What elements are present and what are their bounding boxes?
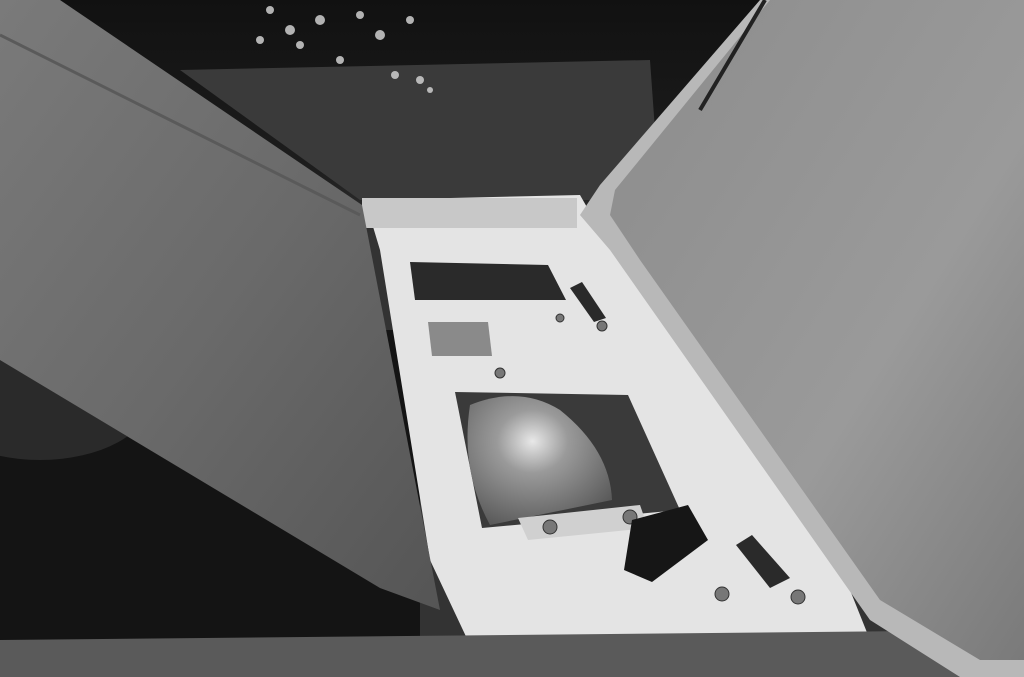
top-rail xyxy=(362,198,577,228)
photo xyxy=(0,0,1024,677)
upper-opening xyxy=(410,262,566,300)
small-opening xyxy=(428,322,492,356)
photo-scene xyxy=(0,0,1024,677)
